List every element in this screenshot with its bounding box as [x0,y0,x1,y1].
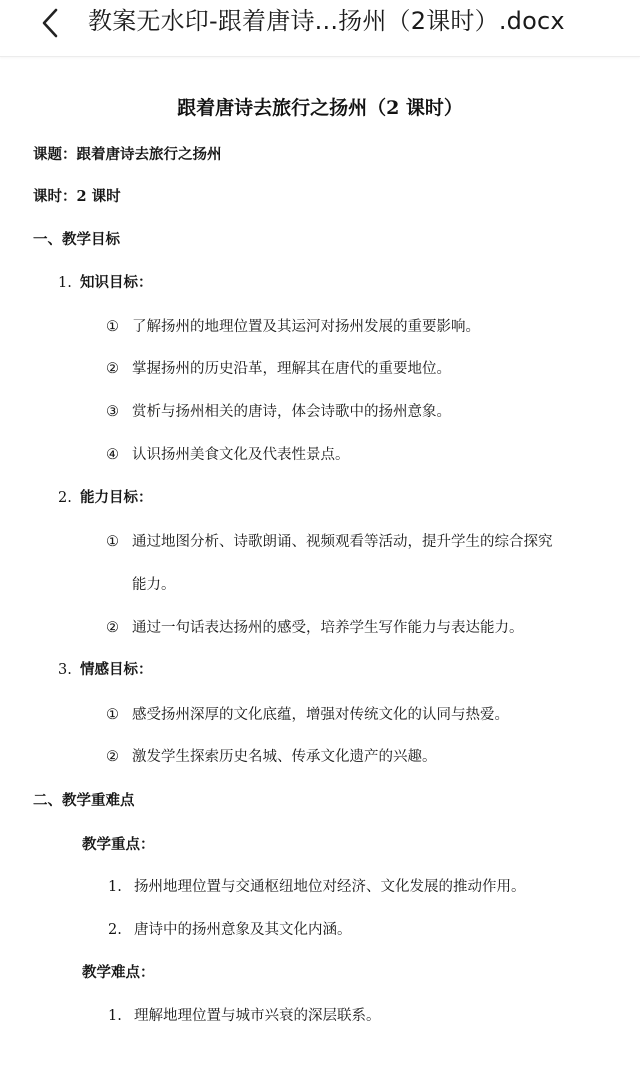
list-item-continuation: 能力。 [132,573,176,594]
emotion-goals-label: 情感目标： [80,661,153,678]
list-marker: 1. [108,879,134,895]
list-marker: ① [106,319,132,335]
list-marker: ② [106,361,132,377]
list-marker: ② [106,620,132,636]
list-item: ①感受扬州深厚的文化底蕴，增强对传统文化的认同与热爱。 [106,703,509,724]
list-marker: ③ [106,404,132,420]
list-marker: ① [106,707,132,723]
list-item-text: 通过地图分析、诗歌朗诵、视频观看等活动，提升学生的综合探究 [132,534,553,550]
ability-goals-label: 能力目标： [80,489,153,506]
list-item: 1.理解地理位置与城市兴衰的深层联系。 [108,1004,381,1025]
section-heading-objectives: 一、教学目标 [33,228,120,249]
list-item: ③赏析与扬州相关的唐诗，体会诗歌中的扬州意象。 [106,400,451,421]
list-item: 2.唐诗中的扬州意象及其文化内涵。 [108,918,352,939]
topic-line: 课题：跟着唐诗去旅行之扬州 [33,143,222,164]
difficult-points-label: 教学难点： [82,961,155,982]
top-bar: 教案无水印-跟着唐诗...扬州（2课时）.docx [0,0,640,57]
list-item-text: 唐诗中的扬州意象及其文化内涵。 [134,922,352,938]
list-item: ①通过地图分析、诗歌朗诵、视频观看等活动，提升学生的综合探究 [106,530,553,551]
list-item: ②掌握扬州的历史沿革，理解其在唐代的重要地位。 [106,357,451,378]
list-marker: 2. [108,922,134,938]
ability-goals-heading: 2.能力目标： [58,486,153,507]
knowledge-goals-heading: 1.知识目标： [58,271,153,292]
list-item-text: 赏析与扬州相关的唐诗，体会诗歌中的扬州意象。 [132,404,451,420]
document-title: 跟着唐诗去旅行之扬州（2 课时） [0,93,640,120]
list-item-text: 掌握扬州的历史沿革，理解其在唐代的重要地位。 [132,361,451,377]
list-item-text: 扬州地理位置与交通枢纽地位对经济、文化发展的推动作用。 [134,879,526,895]
knowledge-goals-number: 1. [58,275,80,291]
list-item: ②通过一句话表达扬州的感受，培养学生写作能力与表达能力。 [106,616,524,637]
list-marker: ④ [106,447,132,463]
knowledge-goals-label: 知识目标： [80,274,153,291]
list-item-text: 认识扬州美食文化及代表性景点。 [132,447,350,463]
ability-goals-number: 2. [58,490,80,506]
list-item-text: 通过一句话表达扬州的感受，培养学生写作能力与表达能力。 [132,620,524,636]
key-points-label: 教学重点： [82,833,155,854]
list-marker: ② [106,749,132,765]
document-file-title: 教案无水印-跟着唐诗...扬州（2课时）.docx [88,4,565,38]
emotion-goals-heading: 3.情感目标： [58,658,153,679]
list-item-text: 理解地理位置与城市兴衰的深层联系。 [134,1008,381,1024]
chevron-left-icon [34,6,68,40]
list-marker: ① [106,534,132,550]
list-item: ②激发学生探索历史名城、传承文化遗产的兴趣。 [106,745,437,766]
list-item-text: 了解扬州的地理位置及其运河对扬州发展的重要影响。 [132,319,480,335]
document-page[interactable]: 跟着唐诗去旅行之扬州（2 课时） 课题：跟着唐诗去旅行之扬州 课时：2 课时 一… [0,57,640,1092]
section-heading-key-difficult: 二、教学重难点 [33,789,135,810]
list-item-text: 激发学生探索历史名城、传承文化遗产的兴趣。 [132,749,437,765]
list-item: ①了解扬州的地理位置及其运河对扬州发展的重要影响。 [106,315,480,336]
hours-line: 课时：2 课时 [33,185,121,206]
back-button[interactable] [34,6,68,40]
list-marker: 1. [108,1008,134,1024]
emotion-goals-number: 3. [58,662,80,678]
list-item-text: 感受扬州深厚的文化底蕴，增强对传统文化的认同与热爱。 [132,707,509,723]
list-item: 1.扬州地理位置与交通枢纽地位对经济、文化发展的推动作用。 [108,875,526,896]
list-item: ④认识扬州美食文化及代表性景点。 [106,443,350,464]
